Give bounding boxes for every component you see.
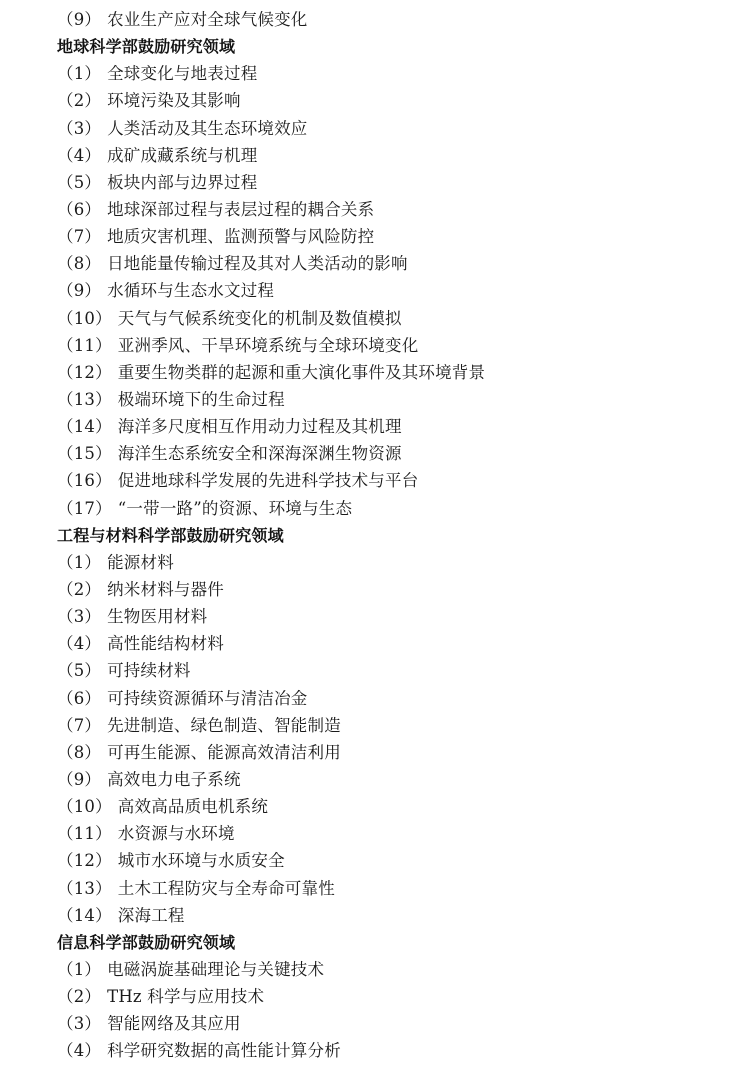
item-text: 农业生产应对全球气候变化 [107,10,307,29]
item-text: 极端环境下的生命过程 [118,390,285,409]
item-text: 高效电力电子系统 [107,770,241,789]
item-number: （16） [57,467,112,494]
item-text: 纳米材料与器件 [107,580,224,599]
list-item: （14）深海工程 [57,902,730,929]
item-text: 海洋生态系统安全和深海深渊生物资源 [118,444,402,463]
list-item: （7）地质灾害机理、监测预警与风险防控 [57,223,730,250]
list-item: （13）土木工程防灾与全寿命可靠性 [57,875,730,902]
item-number: （8） [57,739,101,766]
list-item: （15）海洋生态系统安全和深海深渊生物资源 [57,440,730,467]
item-number: （8） [57,250,101,277]
list-item: （16）促进地球科学发展的先进科学技术与平台 [57,467,730,494]
item-number: （1） [57,956,101,983]
list-item: （12）城市水环境与水质安全 [57,847,730,874]
item-text: 促进地球科学发展的先进科学技术与平台 [118,471,419,490]
item-number: （2） [57,576,101,603]
list-item: （4）成矿成藏系统与机理 [57,142,730,169]
list-item: （3）生物医用材料 [57,603,730,630]
item-text: 环境污染及其影响 [107,91,241,110]
item-text: 可持续资源循环与清洁冶金 [107,689,307,708]
item-number: （1） [57,60,101,87]
item-number: （2） [57,87,101,114]
item-text: 人类活动及其生态环境效应 [107,119,307,138]
item-number: （4） [57,142,101,169]
item-number: （5） [57,169,101,196]
list-item: （5）板块内部与边界过程 [57,169,730,196]
item-number: （12） [57,359,112,386]
list-item: （13）极端环境下的生命过程 [57,386,730,413]
list-item: （1）电磁涡旋基础理论与关键技术 [57,956,730,983]
item-number: （14） [57,413,112,440]
list-item: （8）可再生能源、能源高效清洁利用 [57,739,730,766]
item-number: （4） [57,630,101,657]
document-body: （9）农业生产应对全球气候变化 地球科学部鼓励研究领域 （1）全球变化与地表过程… [57,6,730,1064]
section-heading-engineering-materials: 工程与材料科学部鼓励研究领域 [57,522,730,549]
list-item: （12）重要生物类群的起源和重大演化事件及其环境背景 [57,359,730,386]
list-item: （3）智能网络及其应用 [57,1010,730,1037]
item-text: 日地能量传输过程及其对人类活动的影响 [107,254,408,273]
list-item: （4）高性能结构材料 [57,630,730,657]
list-item: （8）日地能量传输过程及其对人类活动的影响 [57,250,730,277]
item-number: （12） [57,847,112,874]
list-item: （11）亚洲季风、干旱环境系统与全球环境变化 [57,332,730,359]
list-item: （10）天气与气候系统变化的机制及数值模拟 [57,305,730,332]
item-number: （5） [57,657,101,684]
list-item: （2）环境污染及其影响 [57,87,730,114]
item-text: 成矿成藏系统与机理 [107,146,257,165]
item-text: 全球变化与地表过程 [107,64,257,83]
list-item: （9）高效电力电子系统 [57,766,730,793]
item-text: 土木工程防灾与全寿命可靠性 [118,879,335,898]
item-number: （3） [57,115,101,142]
item-text: 水资源与水环境 [118,824,235,843]
item-number: （10） [57,305,112,332]
item-number: （13） [57,386,112,413]
list-item: （6）地球深部过程与表层过程的耦合关系 [57,196,730,223]
list-item: （14）海洋多尺度相互作用动力过程及其机理 [57,413,730,440]
item-text: 生物医用材料 [107,607,207,626]
item-number: （7） [57,223,101,250]
item-number: （3） [57,603,101,630]
list-item: （3）人类活动及其生态环境效应 [57,115,730,142]
section-heading-information-sciences: 信息科学部鼓励研究领域 [57,929,730,956]
item-number: （14） [57,902,112,929]
item-text: 先进制造、绿色制造、智能制造 [107,716,341,735]
item-text: 地球深部过程与表层过程的耦合关系 [107,200,374,219]
item-text: 亚洲季风、干旱环境系统与全球环境变化 [118,336,419,355]
item-text: 板块内部与边界过程 [107,173,257,192]
item-text: 海洋多尺度相互作用动力过程及其机理 [118,417,402,436]
item-number: （9） [57,766,101,793]
item-text: 可持续材料 [107,661,191,680]
item-number: （11） [57,332,112,359]
item-number: （6） [57,196,101,223]
list-item: （10）高效高品质电机系统 [57,793,730,820]
item-text: 科学研究数据的高性能计算分析 [107,1041,341,1060]
list-item: （9）水循环与生态水文过程 [57,277,730,304]
list-item: （1）全球变化与地表过程 [57,60,730,87]
item-number: （4） [57,1037,101,1064]
item-text: 水循环与生态水文过程 [107,281,274,300]
item-text: 能源材料 [107,553,174,572]
item-number: （17） [57,495,112,522]
item-number: （6） [57,685,101,712]
list-item: （17）“一带一路”的资源、环境与生态 [57,495,730,522]
item-number: （13） [57,875,112,902]
item-text: 可再生能源、能源高效清洁利用 [107,743,341,762]
item-number: （9） [57,6,101,33]
item-text: 天气与气候系统变化的机制及数值模拟 [118,309,402,328]
item-text: 城市水环境与水质安全 [118,851,285,870]
list-item: （5）可持续材料 [57,657,730,684]
list-item: （9）农业生产应对全球气候变化 [57,6,730,33]
item-number: （11） [57,820,112,847]
list-item: （6）可持续资源循环与清洁冶金 [57,685,730,712]
item-number: （3） [57,1010,101,1037]
list-item: （1）能源材料 [57,549,730,576]
item-text: “一带一路”的资源、环境与生态 [118,499,352,518]
item-number: （1） [57,549,101,576]
item-number: （9） [57,277,101,304]
list-item: （7）先进制造、绿色制造、智能制造 [57,712,730,739]
list-item: （2）纳米材料与器件 [57,576,730,603]
section-heading-earth-sciences: 地球科学部鼓励研究领域 [57,33,730,60]
item-text: 地质灾害机理、监测预警与风险防控 [107,227,374,246]
item-number: （7） [57,712,101,739]
item-text: 深海工程 [118,906,185,925]
list-item: （11）水资源与水环境 [57,820,730,847]
item-text: THz 科学与应用技术 [107,987,264,1006]
item-text: 高性能结构材料 [107,634,224,653]
item-text: 电磁涡旋基础理论与关键技术 [107,960,324,979]
item-number: （10） [57,793,112,820]
item-text: 高效高品质电机系统 [118,797,268,816]
item-text: 重要生物类群的起源和重大演化事件及其环境背景 [118,363,485,382]
item-text: 智能网络及其应用 [107,1014,241,1033]
item-number: （15） [57,440,112,467]
item-number: （2） [57,983,101,1010]
list-item: （4）科学研究数据的高性能计算分析 [57,1037,730,1064]
list-item: （2）THz 科学与应用技术 [57,983,730,1010]
